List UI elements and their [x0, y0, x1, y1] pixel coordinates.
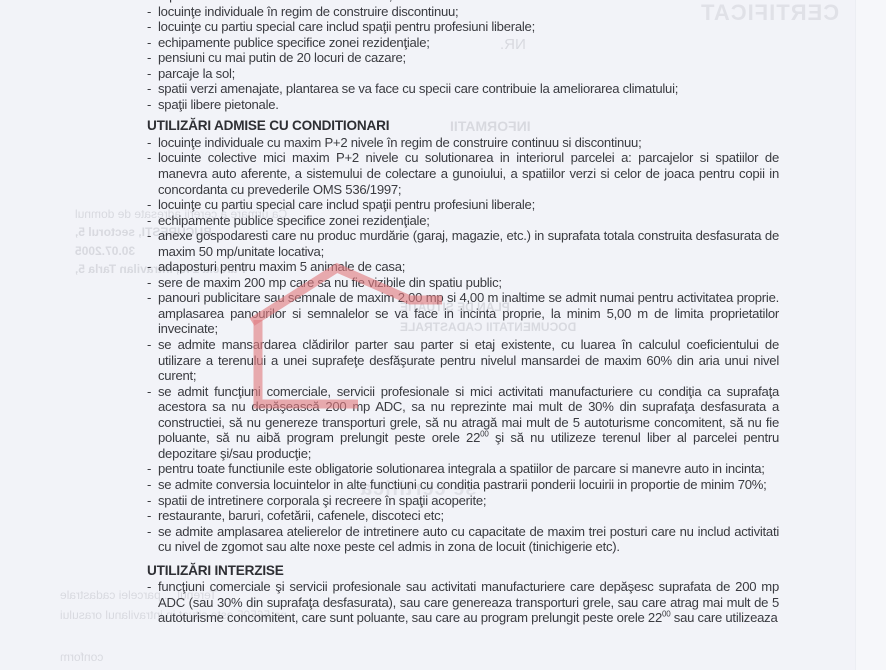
- list-item-text: sau care utilizeaza: [670, 610, 777, 625]
- list-item: sere de maxim 200 mp care sa nu fie vizi…: [147, 275, 779, 291]
- bleed-through-text: conform: [60, 650, 103, 664]
- list-item: locuinţe individuale în regim de constru…: [147, 4, 779, 20]
- list-item: se admite amplasarea atelierelor de intr…: [147, 524, 779, 555]
- list-item: restaurante, baruri, cofetării, cafenele…: [147, 508, 779, 524]
- list-item: locuinte colective mici maxim P+2 nivele…: [147, 150, 779, 197]
- list-item: pensiuni cu mai putin de 20 locuri de ca…: [147, 50, 779, 66]
- bleed-through-text: 30.07.2005: [75, 244, 135, 258]
- list-item: adaposturi pentru maxim 5 animale de cas…: [147, 259, 779, 275]
- list-item: parcaje la sol;: [147, 66, 779, 82]
- section-heading-forbidden-uses: UTILIZĂRI INTERZISE: [147, 563, 779, 579]
- conditional-uses-list: locuinţe individuale cu maxim P+2 nivele…: [147, 135, 779, 555]
- list-item: locuinţe cu partiu special care includ s…: [147, 197, 779, 213]
- list-item: spatii de intretinere corporala şi recre…: [147, 493, 779, 509]
- list-item: se admite mansardarea clădirilor parter …: [147, 337, 779, 384]
- list-item: panouri publicitare sau semnale de maxim…: [147, 290, 779, 337]
- list-item: spatii verzi amenajate, plantarea se va …: [147, 81, 779, 97]
- list-item: anexe gospodaresti care nu produc murdăr…: [147, 228, 779, 259]
- list-item: funcţiuni comerciale şi servicii profesi…: [147, 579, 779, 626]
- list-item: pentru toate functiunile este obligatori…: [147, 461, 779, 477]
- superscript: 00: [480, 430, 488, 439]
- list-item: spaţii libere pietonale.: [147, 97, 779, 113]
- page-edge-strip: [855, 0, 886, 670]
- list-item: echipamente publice specifice zonei rezi…: [147, 35, 779, 51]
- forbidden-uses-list: funcţiuni comerciale şi servicii profesi…: [147, 579, 779, 626]
- section-heading-conditional-uses: UTILIZĂRI ADMISE CU CONDITIONARI: [147, 118, 779, 134]
- list-item: echipamente publice specifice zonei rezi…: [147, 213, 779, 229]
- list-item: locuinţe individuale cu maxim P+2 nivele…: [147, 135, 779, 151]
- permitted-uses-list: reparatii si extinderi la locuintele exi…: [147, 0, 779, 112]
- list-item: se admite conversia locuintelor in alte …: [147, 477, 779, 493]
- document-body: reparatii si extinderi la locuintele exi…: [147, 0, 779, 626]
- list-item: locuinţe cu partiu special care includ s…: [147, 19, 779, 35]
- list-item: se admit funcţiuni comerciale, servicii …: [147, 384, 779, 462]
